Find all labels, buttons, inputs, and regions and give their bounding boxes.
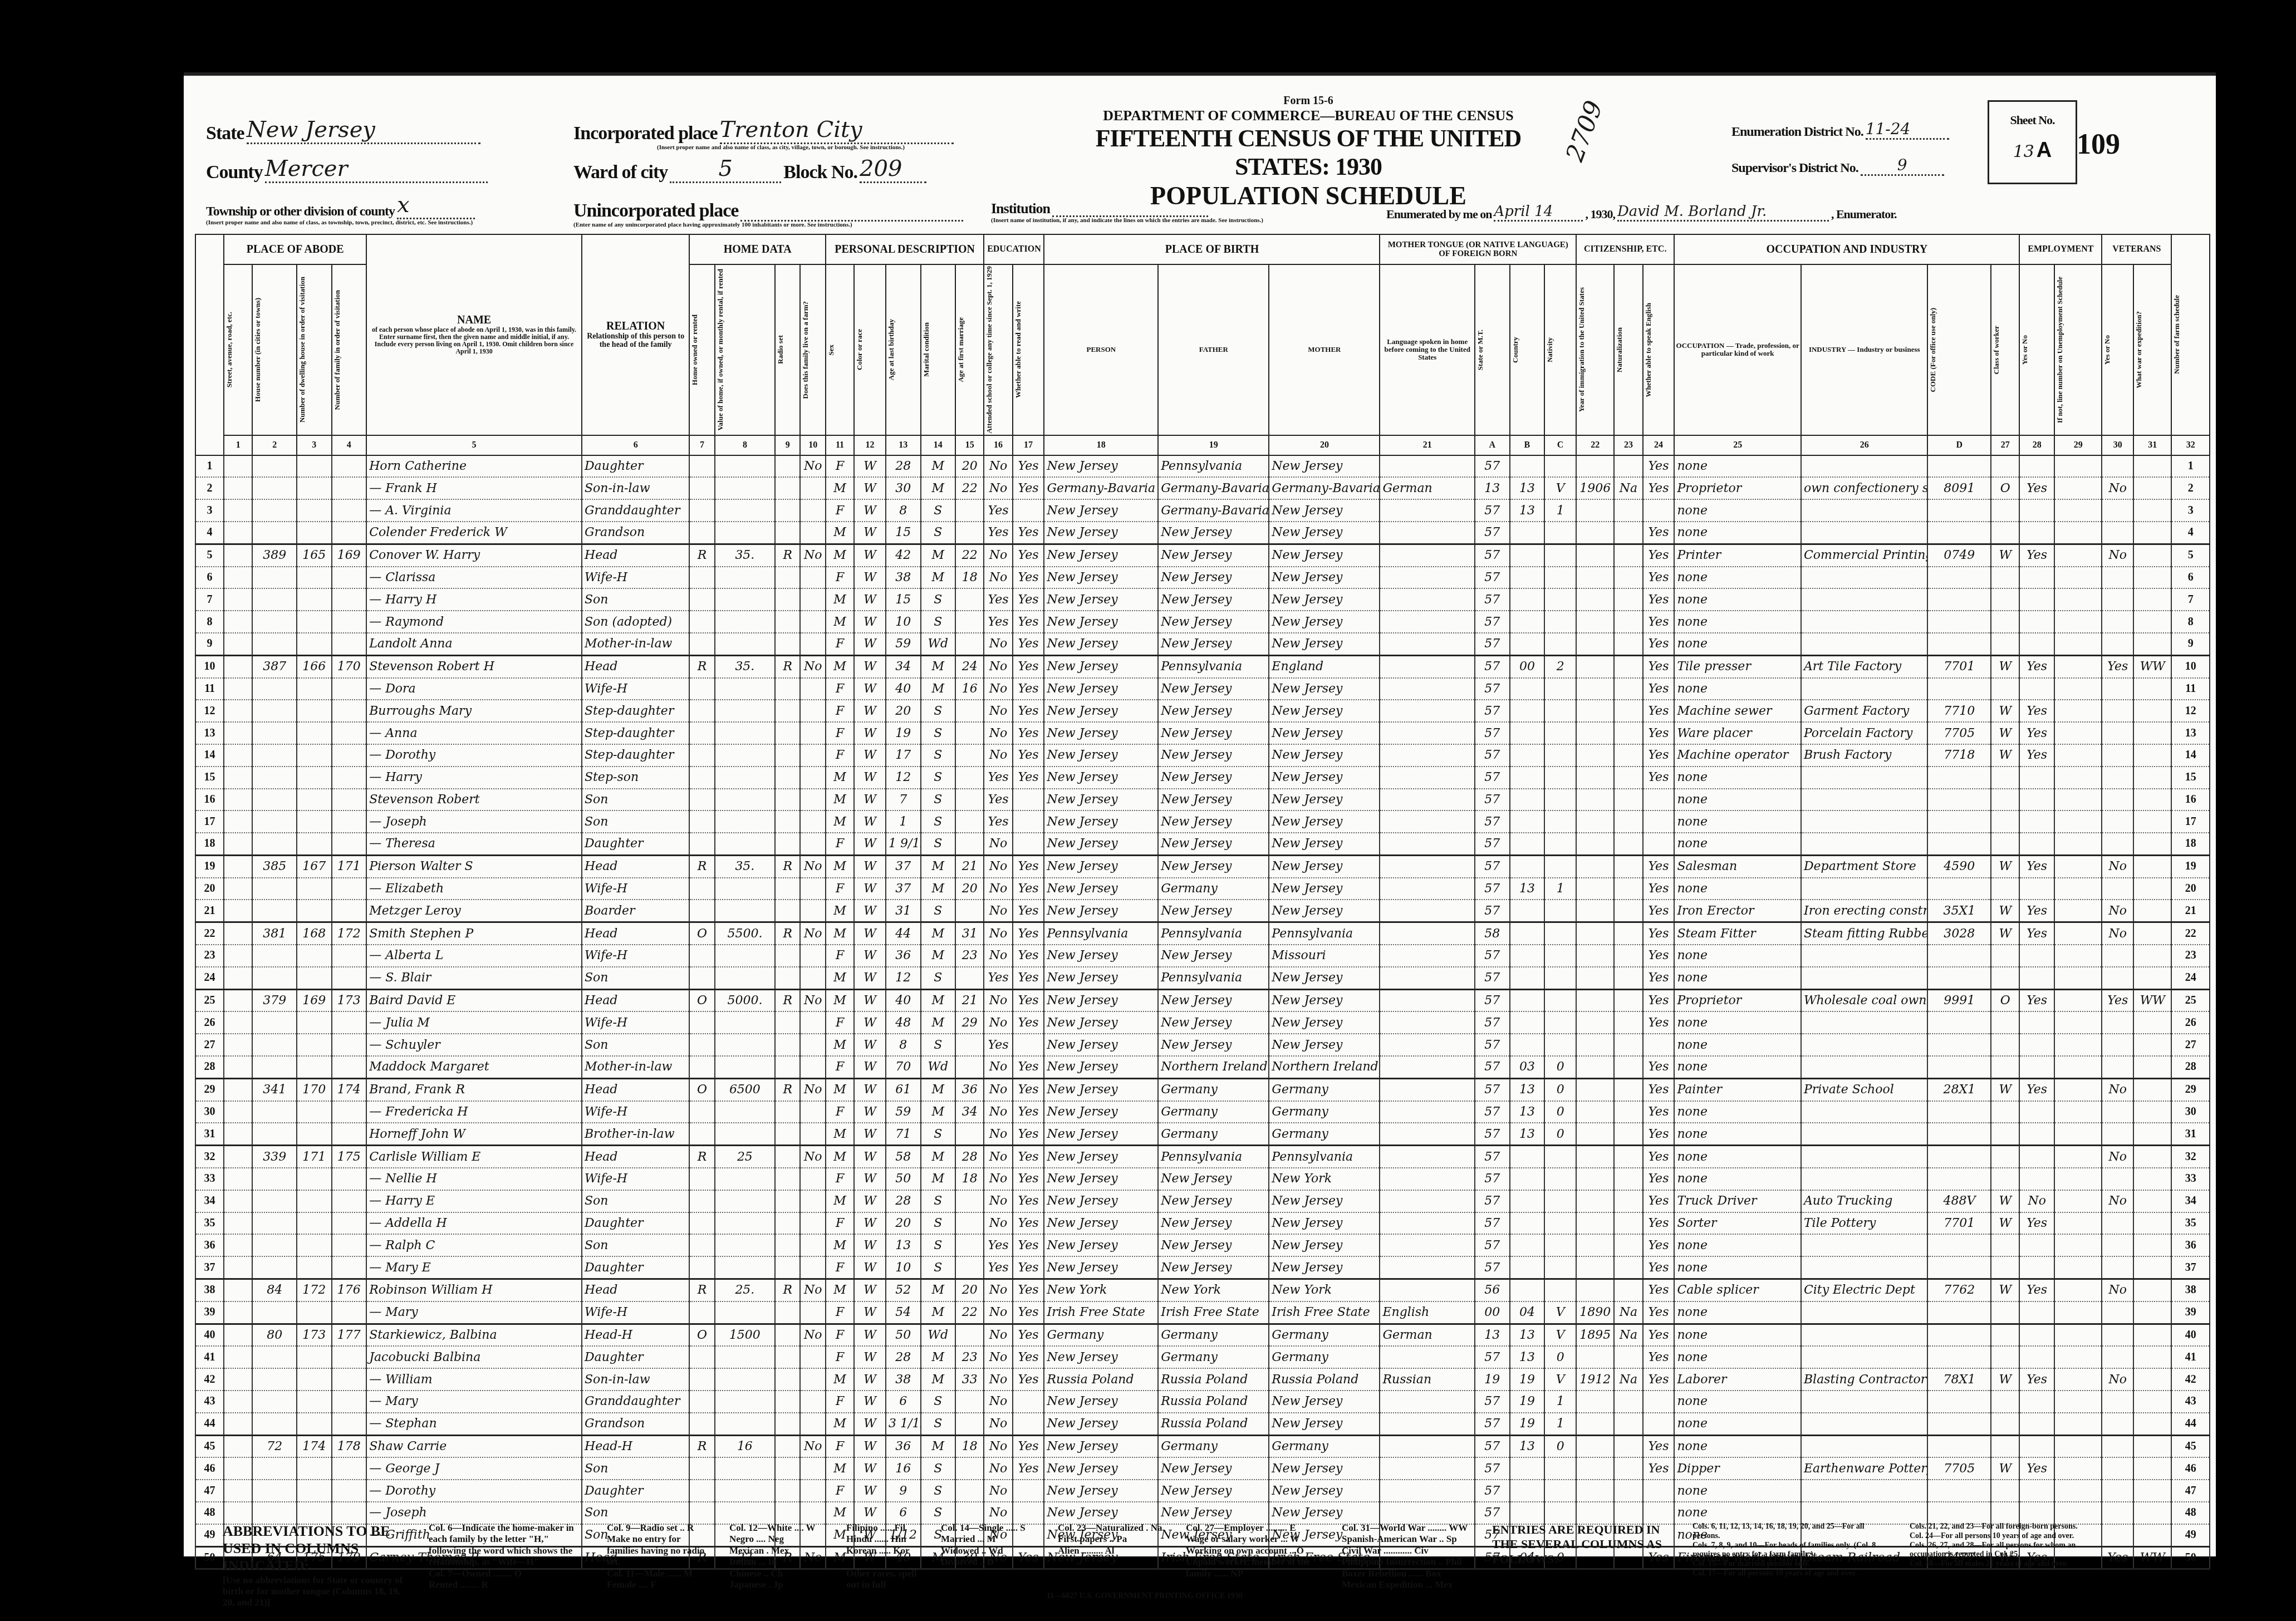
line-number: 20: [2171, 878, 2210, 900]
cell-sex: M: [826, 789, 854, 811]
cell-value: 6500: [715, 1078, 775, 1101]
cell-birth-mother: Germany-Bavaria: [1269, 477, 1380, 499]
line-number: 5: [2171, 544, 2210, 566]
cell-birth-person: New Jersey: [1044, 1101, 1158, 1123]
cell-name: — Dorothy: [366, 1480, 582, 1502]
cell-sex: M: [826, 522, 854, 544]
cell-language: [1380, 900, 1475, 922]
cell-street: [224, 655, 252, 677]
cell-emp-line: [2054, 588, 2102, 611]
cell-read: Yes: [1013, 989, 1044, 1011]
cell-age: 42: [886, 544, 921, 566]
cell-occupation: none: [1674, 633, 1801, 655]
cell-emp: Yes: [2019, 989, 2054, 1011]
cell-age-marriage: [955, 1190, 984, 1212]
line-number: 36: [195, 1234, 224, 1256]
cell-war: [2133, 1168, 2171, 1190]
cell-read: Yes: [1013, 522, 1044, 544]
cell-radio: [775, 678, 801, 700]
cell-radio: [775, 900, 801, 922]
cell-value: [715, 900, 775, 922]
cell-code-a: 57: [1475, 1146, 1510, 1168]
cell-code-d: [1927, 1101, 1991, 1123]
line-number: 22: [2171, 922, 2210, 945]
cell-code-c: [1544, 1502, 1576, 1524]
cell-war: [2133, 700, 2171, 722]
line-number: 9: [195, 633, 224, 655]
cell-code-d: [1927, 1146, 1991, 1168]
cell-dwelling: [297, 722, 332, 744]
cell-street: [224, 633, 252, 655]
cell-immigration: [1576, 611, 1614, 633]
cell-sex: F: [826, 1435, 854, 1457]
cell-birth-person: New Jersey: [1044, 1011, 1158, 1034]
cell-street: [224, 588, 252, 611]
cell-marital: M: [921, 922, 956, 945]
cell-industry: [1801, 1502, 1928, 1524]
cell-school: Yes: [984, 1034, 1012, 1056]
cell-vet: [2102, 789, 2133, 811]
table-row: 1Horn CatherineDaughterNoFW28M20NoYesNew…: [195, 455, 2210, 478]
cell-age-marriage: [955, 967, 984, 989]
cell-birth-person: New Jersey: [1044, 588, 1158, 611]
cell-english: Yes: [1643, 1279, 1675, 1301]
cell-birth-mother: New Jersey: [1269, 967, 1380, 989]
cell-code-d: [1927, 1413, 1991, 1435]
cell-english: Yes: [1643, 967, 1675, 989]
cell-read: Yes: [1013, 588, 1044, 611]
cell-name: — Harry E: [366, 1190, 582, 1212]
cell-dwelling: 165: [297, 544, 332, 566]
cell-school: No: [984, 744, 1012, 767]
cell-race: W: [854, 1324, 886, 1346]
cell-code-c: 1: [1544, 878, 1576, 900]
cell-school: No: [984, 1123, 1012, 1145]
cell-code-a: 57: [1475, 1101, 1510, 1123]
cell-radio: R: [775, 1279, 801, 1301]
cell-birth-father: New Jersey: [1158, 1190, 1269, 1212]
cell-relation: Head: [582, 655, 689, 677]
cell-birth-person: Irish Free State: [1044, 1301, 1158, 1324]
cell-value: [715, 633, 775, 655]
cell-language: [1380, 878, 1475, 900]
cell-emp: Yes: [2019, 900, 2054, 922]
cell-war: [2133, 967, 2171, 989]
cell-birth-father: Russia Poland: [1158, 1413, 1269, 1435]
cell-birth-father: Northern Ireland: [1158, 1056, 1269, 1078]
table-row: 9Landolt AnnaMother-in-lawFW59WdNoYesNew…: [195, 633, 2210, 655]
cell-age: 7: [886, 789, 921, 811]
cell-read: Yes: [1013, 1324, 1044, 1346]
cell-immigration: [1576, 855, 1614, 877]
cell-occupation: Salesman: [1674, 855, 1801, 877]
cell-name: Burroughs Mary: [366, 700, 582, 722]
cell-age-marriage: 21: [955, 855, 984, 877]
cell-vet: [2102, 1435, 2133, 1457]
cell-emp: [2019, 1101, 2054, 1123]
cell-sex: M: [826, 767, 854, 789]
cell-family: [332, 810, 367, 833]
cell-birth-person: New Jersey: [1044, 1212, 1158, 1235]
cell-immigration: [1576, 588, 1614, 611]
cell-war: [2133, 499, 2171, 522]
column-number: 10: [800, 435, 826, 455]
column-header: INDUSTRY — Industry or business: [1801, 264, 1928, 435]
cell-class: [1991, 588, 2019, 611]
cell-code-a: 57: [1475, 455, 1510, 478]
cell-english: [1643, 1391, 1675, 1413]
cell-marital: M: [921, 1078, 956, 1101]
cell-code-b: [1510, 1011, 1545, 1034]
cell-birth-father: Pennsylvania: [1158, 655, 1269, 677]
cell-language: [1380, 1190, 1475, 1212]
block-label: Block No.: [783, 162, 857, 183]
cell-immigration: [1576, 878, 1614, 900]
cell-code-c: V: [1544, 477, 1576, 499]
cell-dwelling: [297, 522, 332, 544]
cell-class: [1991, 1056, 2019, 1078]
cell-occupation: Laborer: [1674, 1368, 1801, 1391]
cell-school: Yes: [984, 810, 1012, 833]
cell-class: [1991, 1011, 2019, 1034]
line-number: 15: [2171, 767, 2210, 789]
cell-dwelling: [297, 1480, 332, 1502]
cell-birth-father: Irish Free State: [1158, 1301, 1269, 1324]
cell-language: [1380, 1034, 1475, 1056]
sheet-number: 13: [2013, 142, 2034, 161]
cell-owned: [689, 455, 715, 478]
line-number: 10: [2171, 655, 2210, 677]
cell-code-c: [1544, 789, 1576, 811]
cell-age: 8: [886, 499, 921, 522]
cell-read: Yes: [1013, 1435, 1044, 1457]
abbrev-title: ABBREVIATIONS TO BE USED IN COLUMNS INDI…: [223, 1522, 406, 1575]
cell-value: [715, 1123, 775, 1145]
cell-naturalization: [1614, 544, 1642, 566]
cell-race: W: [854, 1056, 886, 1078]
cell-industry: [1801, 1123, 1928, 1145]
cell-birth-person: New Jersey: [1044, 1168, 1158, 1190]
cell-birth-mother: New Jersey: [1269, 611, 1380, 633]
cell-sex: M: [826, 1123, 854, 1145]
cell-english: Yes: [1643, 989, 1675, 1011]
cell-birth-mother: New Jersey: [1269, 1457, 1380, 1480]
cell-sex: F: [826, 633, 854, 655]
cell-english: Yes: [1643, 1256, 1675, 1279]
cell-industry: Steam fitting Rubber Factory: [1801, 922, 1928, 945]
cell-code-a: 57: [1475, 833, 1510, 855]
cell-dwelling: [297, 1368, 332, 1391]
line-number: 11: [195, 678, 224, 700]
cell-birth-person: New Jersey: [1044, 722, 1158, 744]
cell-code-c: [1544, 678, 1576, 700]
line-number: 23: [195, 945, 224, 967]
column-header: Yes or No: [2019, 264, 2054, 435]
cell-relation: Son: [582, 1190, 689, 1212]
cell-vet: [2102, 878, 2133, 900]
cell-family: [332, 1011, 367, 1034]
column-header: What war or expedition?: [2133, 264, 2171, 435]
cell-industry: Commercial Printing House: [1801, 544, 1928, 566]
print-code: 11—6027 U.S. GOVERNMENT PRINTING OFFICE …: [1047, 1592, 1243, 1601]
cell-war: [2133, 1190, 2171, 1212]
cell-code-d: 8091: [1927, 477, 1991, 499]
cell-birth-mother: New Jersey: [1269, 455, 1380, 478]
cell-birth-mother: New York: [1269, 1279, 1380, 1301]
cell-code-d: [1927, 789, 1991, 811]
cell-code-b: [1510, 1146, 1545, 1168]
cell-name: Smith Stephen P: [366, 922, 582, 945]
cell-birth-person: New Jersey: [1044, 900, 1158, 922]
cell-sex: F: [826, 1480, 854, 1502]
cell-code-b: [1510, 1279, 1545, 1301]
incorporated-field: Incorporated place Trenton City (Insert …: [573, 117, 954, 151]
cell-birth-person: New Jersey: [1044, 855, 1158, 877]
line-number: 38: [2171, 1279, 2210, 1301]
cell-code-b: [1510, 744, 1545, 767]
cell-birth-mother: Germany: [1269, 1346, 1380, 1368]
cell-value: [715, 967, 775, 989]
cell-marital: S: [921, 1034, 956, 1056]
cell-industry: [1801, 789, 1928, 811]
cell-birth-father: New Jersey: [1158, 744, 1269, 767]
cell-industry: [1801, 455, 1928, 478]
cell-school: Yes: [984, 767, 1012, 789]
cell-english: [1643, 499, 1675, 522]
cell-radio: [775, 499, 801, 522]
cell-code-d: 0749: [1927, 544, 1991, 566]
line-number: 26: [2171, 1011, 2210, 1034]
cell-immigration: [1576, 1034, 1614, 1056]
cell-sex: F: [826, 1011, 854, 1034]
population-table: PLACE OF ABODE NAMEof each person whose …: [195, 234, 2210, 1570]
cell-birth-mother: New Jersey: [1269, 1480, 1380, 1502]
line-number: 40: [2171, 1324, 2210, 1346]
line-number: 15: [195, 767, 224, 789]
cell-code-d: [1927, 1234, 1991, 1256]
cell-industry: [1801, 945, 1928, 967]
cell-race: W: [854, 945, 886, 967]
cell-vet: No: [2102, 1146, 2133, 1168]
cell-radio: [775, 810, 801, 833]
cell-family: [332, 945, 367, 967]
cell-radio: [775, 1324, 801, 1346]
cell-language: [1380, 1457, 1475, 1480]
cell-naturalization: [1614, 678, 1642, 700]
column-number: 6: [582, 435, 689, 455]
cell-age: 31: [886, 900, 921, 922]
cell-marital: Wd: [921, 1056, 956, 1078]
cell-birth-mother: New Jersey: [1269, 1034, 1380, 1056]
cell-dwelling: 166: [297, 655, 332, 677]
cell-vet: [2102, 588, 2133, 611]
line-number: 21: [195, 900, 224, 922]
cell-birth-mother: New Jersey: [1269, 1011, 1380, 1034]
cell-birth-person: New Jersey: [1044, 1123, 1158, 1145]
cell-dwelling: 174: [297, 1435, 332, 1457]
cell-emp-line: [2054, 1368, 2102, 1391]
cell-class: [1991, 1435, 2019, 1457]
cell-value: [715, 1190, 775, 1212]
column-header: Home owned or rented: [689, 264, 715, 435]
cell-sex: F: [826, 1301, 854, 1324]
cell-read: Yes: [1013, 1346, 1044, 1368]
line-number: 39: [2171, 1301, 2210, 1324]
cell-age-marriage: [955, 744, 984, 767]
cell-race: W: [854, 1301, 886, 1324]
cell-school: No: [984, 1190, 1012, 1212]
cell-value: 25.: [715, 1279, 775, 1301]
cell-house: [252, 611, 297, 633]
cell-emp: [2019, 1146, 2054, 1168]
cell-sex: M: [826, 922, 854, 945]
cell-farm: [800, 1413, 826, 1435]
cell-relation: Step-daughter: [582, 700, 689, 722]
cell-marital: Wd: [921, 633, 956, 655]
cell-sex: F: [826, 1324, 854, 1346]
cell-owned: [689, 1101, 715, 1123]
cell-code-a: 57: [1475, 1234, 1510, 1256]
cell-age: 70: [886, 1056, 921, 1078]
table-row: 33— Nellie HWife-HFW50M18NoYesNew Jersey…: [195, 1168, 2210, 1190]
cell-street: [224, 1301, 252, 1324]
cell-code-d: 7762: [1927, 1279, 1991, 1301]
cell-radio: [775, 1457, 801, 1480]
cell-school: No: [984, 878, 1012, 900]
cell-birth-person: New Jersey: [1044, 1435, 1158, 1457]
cell-code-d: [1927, 1123, 1991, 1145]
column-number: 20: [1269, 435, 1380, 455]
cell-family: [332, 1346, 367, 1368]
cell-code-b: 19: [1510, 1413, 1545, 1435]
cell-code-c: [1544, 833, 1576, 855]
cell-class: W: [1991, 700, 2019, 722]
cell-street: [224, 1256, 252, 1279]
cell-age-marriage: [955, 633, 984, 655]
cell-class: [1991, 1346, 2019, 1368]
cell-vet: No: [2102, 1368, 2133, 1391]
cell-language: [1380, 1413, 1475, 1435]
cell-farm: [800, 744, 826, 767]
enumerator-name: David M. Borland Jr.: [1617, 203, 1829, 222]
cell-birth-father: New Jersey: [1158, 633, 1269, 655]
cell-race: W: [854, 588, 886, 611]
cell-immigration: [1576, 1256, 1614, 1279]
cell-farm: [800, 588, 826, 611]
cell-english: Yes: [1643, 1078, 1675, 1101]
cell-language: [1380, 1056, 1475, 1078]
cell-occupation: none: [1674, 1234, 1801, 1256]
cell-code-d: [1927, 945, 1991, 967]
cell-birth-mother: New York: [1269, 1168, 1380, 1190]
cell-owned: [689, 744, 715, 767]
cell-sex: M: [826, 655, 854, 677]
cell-occupation: Sorter: [1674, 1212, 1801, 1235]
cell-radio: [775, 789, 801, 811]
cell-owned: [689, 1301, 715, 1324]
cell-code-a: 13: [1475, 477, 1510, 499]
cell-birth-father: New Jersey: [1158, 945, 1269, 967]
cell-immigration: [1576, 1056, 1614, 1078]
cell-occupation: none: [1674, 967, 1801, 989]
cell-code-c: [1544, 1480, 1576, 1502]
cell-occupation: none: [1674, 878, 1801, 900]
cell-naturalization: [1614, 789, 1642, 811]
line-number: 13: [195, 722, 224, 744]
cell-english: Yes: [1643, 588, 1675, 611]
cell-class: [1991, 878, 2019, 900]
cell-relation: Head: [582, 922, 689, 945]
column-number: 19: [1158, 435, 1269, 455]
cell-sex: M: [826, 1234, 854, 1256]
cell-war: [2133, 1301, 2171, 1324]
cell-family: 176: [332, 1279, 367, 1301]
cell-emp-line: [2054, 655, 2102, 677]
cell-age: 30: [886, 477, 921, 499]
cell-emp-line: [2054, 767, 2102, 789]
cell-language: [1380, 1391, 1475, 1413]
cell-vet: No: [2102, 922, 2133, 945]
cell-relation: Wife-H: [582, 878, 689, 900]
cell-code-a: 57: [1475, 499, 1510, 522]
cell-english: [1643, 1413, 1675, 1435]
cell-code-c: 0: [1544, 1101, 1576, 1123]
cell-marital: M: [921, 655, 956, 677]
cell-read: Yes: [1013, 1168, 1044, 1190]
cell-industry: [1801, 878, 1928, 900]
cell-radio: [775, 633, 801, 655]
table-row: 28Maddock MargaretMother-in-lawFW70WdNoY…: [195, 1056, 2210, 1078]
cell-street: [224, 1324, 252, 1346]
cell-occupation: none: [1674, 611, 1801, 633]
cell-language: [1380, 633, 1475, 655]
cell-language: [1380, 855, 1475, 877]
cell-birth-father: Germany: [1158, 1123, 1269, 1145]
cell-value: 16: [715, 1435, 775, 1457]
cell-radio: [775, 522, 801, 544]
line-number: 16: [195, 789, 224, 811]
cell-dwelling: [297, 1168, 332, 1190]
cell-school: No: [984, 855, 1012, 877]
cell-race: W: [854, 744, 886, 767]
cell-vet: [2102, 1034, 2133, 1056]
cell-radio: [775, 1168, 801, 1190]
cell-family: [332, 1101, 367, 1123]
column-number: 4: [332, 435, 367, 455]
cell-naturalization: [1614, 522, 1642, 544]
cell-class: [1991, 1168, 2019, 1190]
cell-birth-mother: Germany: [1269, 1324, 1380, 1346]
cell-age-marriage: [955, 499, 984, 522]
cell-street: [224, 1212, 252, 1235]
table-row: 6— ClarissaWife-HFW38M18NoYesNew JerseyN…: [195, 567, 2210, 589]
cell-house: [252, 1011, 297, 1034]
line-number: 37: [2171, 1256, 2210, 1279]
county-label: County: [206, 162, 263, 183]
column-number: 5: [366, 435, 582, 455]
cell-house: 84: [252, 1279, 297, 1301]
line-number: 34: [2171, 1190, 2210, 1212]
cell-naturalization: [1614, 1502, 1642, 1524]
cell-family: 172: [332, 922, 367, 945]
cell-owned: [689, 499, 715, 522]
cell-radio: [775, 1346, 801, 1368]
cell-code-c: [1544, 900, 1576, 922]
cell-radio: [775, 1123, 801, 1145]
cell-dwelling: 172: [297, 1279, 332, 1301]
cell-house: [252, 1457, 297, 1480]
cell-owned: [689, 900, 715, 922]
